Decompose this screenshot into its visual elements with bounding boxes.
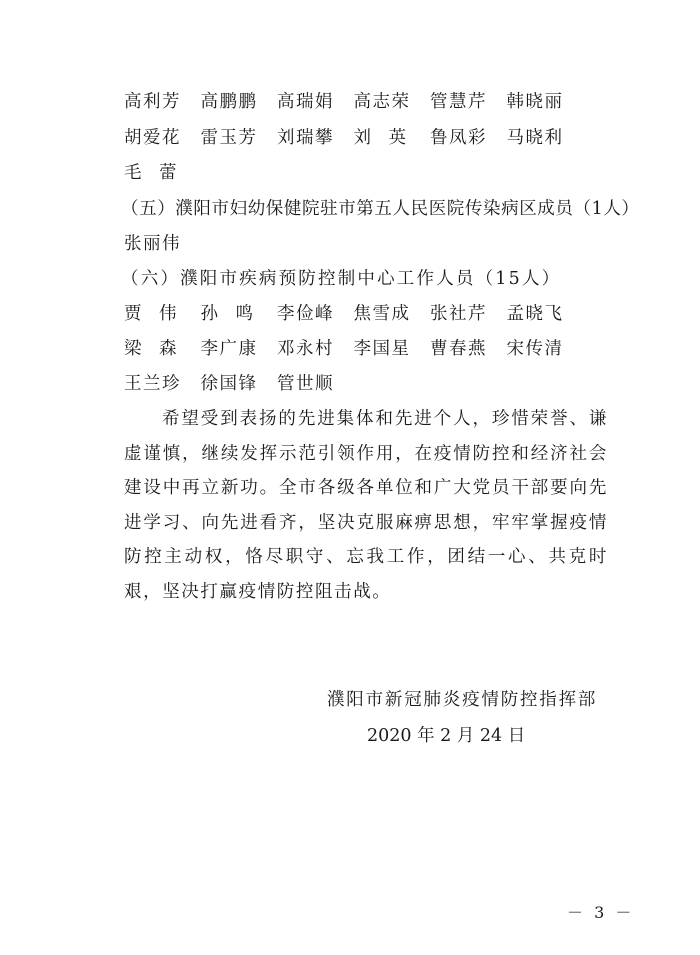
person-name: 管慧芹 — [430, 91, 507, 113]
name-row: 梁 森 李广康 邓永村 李国星 曹春燕 宋传清 — [124, 338, 583, 360]
person-name: 王兰珍 — [124, 373, 201, 395]
person-name: 宋传清 — [507, 338, 584, 360]
person-name: 韩晓丽 — [507, 91, 584, 113]
person-name: 刘瑞攀 — [277, 127, 354, 149]
person-name: 张社芹 — [430, 303, 507, 325]
person-name: 管世顺 — [277, 373, 354, 395]
person-name: 高鹏鹏 — [201, 91, 278, 113]
person-name: 高利芳 — [124, 91, 201, 113]
closing-paragraph: 希望受到表扬的先进集体和先进个人，珍惜荣誉、谦虚谨慎，继续发挥示范引领作用，在疫… — [124, 402, 608, 609]
person-name: 李俭峰 — [277, 303, 354, 325]
person-name: 高志荣 — [354, 91, 431, 113]
name-row: 高利芳 高鹏鹏 高瑞娟 高志荣 管慧芹 韩晓丽 — [124, 91, 583, 113]
name-row: 张丽伟 — [124, 233, 201, 255]
section-heading: （五）濮阳市妇幼保健院驻市第五人民医院传染病区成员（1人） — [121, 198, 640, 220]
name-row: 胡爱花 雷玉芳 刘瑞攀 刘 英 鲁凤彩 马晓利 — [124, 127, 583, 149]
name-row: 王兰珍 徐国锋 管世顺 — [124, 373, 354, 395]
person-name: 高瑞娟 — [277, 91, 354, 113]
person-name: 鲁凤彩 — [430, 127, 507, 149]
name-row: 毛 蕾 — [124, 162, 201, 184]
person-name: 徐国锋 — [201, 373, 278, 395]
person-name: 胡爱花 — [124, 127, 201, 149]
person-name: 马晓利 — [507, 127, 584, 149]
person-name: 焦雪成 — [354, 303, 431, 325]
person-name: 孟晓飞 — [507, 303, 584, 325]
person-name: 刘 英 — [354, 127, 431, 149]
signature-organization: 濮阳市新冠肺炎疫情防控指挥部 — [327, 689, 597, 711]
person-name: 李广康 — [201, 338, 278, 360]
signature-date: 2020 年 2 月 24 日 — [367, 725, 525, 747]
person-name: 李国星 — [354, 338, 431, 360]
person-name: 孙 鸣 — [201, 303, 278, 325]
section-heading: （六）濮阳市疾病预防控制中心工作人员（15人） — [121, 268, 561, 290]
person-name: 梁 森 — [124, 338, 201, 360]
person-name: 邓永村 — [277, 338, 354, 360]
person-name: 贾 伟 — [124, 303, 201, 325]
person-name: 雷玉芳 — [201, 127, 278, 149]
name-row: 贾 伟 孙 鸣 李俭峰 焦雪成 张社芹 孟晓飞 — [124, 303, 583, 325]
person-name: 毛 蕾 — [124, 162, 201, 184]
document-page: 高利芳 高鹏鹏 高瑞娟 高志荣 管慧芹 韩晓丽 胡爱花 雷玉芳 刘瑞攀 刘 英 … — [0, 0, 700, 955]
page-number: － 3 － — [567, 903, 634, 923]
person-name: 曹春燕 — [430, 338, 507, 360]
person-name: 张丽伟 — [124, 233, 201, 255]
